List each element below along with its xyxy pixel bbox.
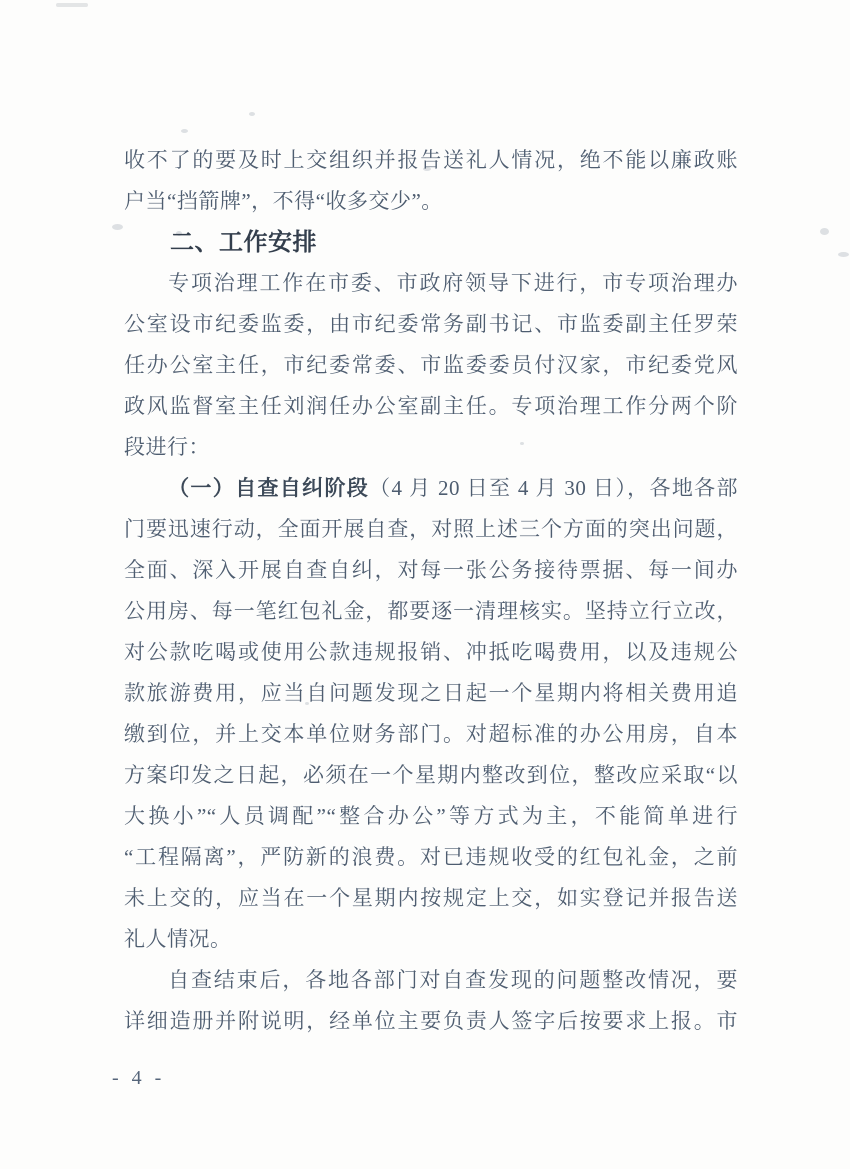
body-line: 款旅游费用，应当自问题发现之日起一个星期内将相关费用追 [124, 673, 738, 714]
body-line: 户当“挡箭牌”，不得“收多交少”。 [124, 181, 738, 222]
scan-speck [249, 112, 255, 116]
body-line: 详细造册并附说明，经单位主要负责人签字后按要求上报。市 [124, 1001, 738, 1042]
body-line: 未上交的，应当在一个星期内按规定上交，如实登记并报告送 [124, 878, 738, 919]
body-line: （一）自查自纠阶段（4 月 20 日至 4 月 30 日），各地各部 [124, 468, 738, 509]
page-number: - 4 - [112, 1058, 165, 1099]
body-line: 门要迅速行动，全面开展自查，对照上述三个方面的突出问题， [124, 509, 738, 550]
scan-speck [838, 252, 849, 257]
body-line: 礼人情况。 [124, 919, 738, 960]
document-body: 收不了的要及时上交组织并报告送礼人情况，绝不能以廉政账 户当“挡箭牌”，不得“收… [124, 140, 738, 1042]
body-line: “工程隔离”，严防新的浪费。对已违规收受的红包礼金，之前 [124, 837, 738, 878]
body-line: 自查结束后，各地各部门对自查发现的问题整改情况，要 [124, 960, 738, 1001]
scan-speck [820, 228, 829, 235]
body-line: 大换小”“人员调配”“整合办公”等方式为主，不能简单进行 [124, 796, 738, 837]
body-line-text: （4 月 20 日至 4 月 30 日），各地各部 [369, 476, 738, 500]
scan-smudge [56, 3, 88, 7]
body-line: 专项治理工作在市委、市政府领导下进行，市专项治理办 [124, 263, 738, 304]
scan-speck [181, 129, 188, 133]
body-line: 收不了的要及时上交组织并报告送礼人情况，绝不能以廉政账 [124, 140, 738, 181]
body-line: 政风监督室主任刘润任办公室副主任。专项治理工作分两个阶 [124, 386, 738, 427]
body-line: 全面、深入开展自查自纠，对每一张公务接待票据、每一间办 [124, 550, 738, 591]
body-line: 公室设市纪委监委，由市纪委常务副书记、市监委副主任罗荣 [124, 304, 738, 345]
body-line: 任办公室主任，市纪委常委、市监委委员付汉家，市纪委党风 [124, 345, 738, 386]
section-heading: 二、工作安排 [124, 222, 738, 263]
body-line: 对公款吃喝或使用公款违规报销、冲抵吃喝费用，以及违规公 [124, 632, 738, 673]
body-line: 缴到位，并上交本单位财务部门。对超标准的办公用房，自本 [124, 714, 738, 755]
body-line: 方案印发之日起，必须在一个星期内整改到位，整改应采取“以 [124, 755, 738, 796]
scanned-document-page: 收不了的要及时上交组织并报告送礼人情况，绝不能以廉政账 户当“挡箭牌”，不得“收… [0, 0, 850, 1169]
body-line: 段进行： [124, 427, 738, 468]
body-line: 公用房、每一笔红包礼金，都要逐一清理核实。坚持立行立改， [124, 591, 738, 632]
scan-speck [112, 224, 123, 230]
subsection-title: （一）自查自纠阶段 [168, 476, 369, 500]
